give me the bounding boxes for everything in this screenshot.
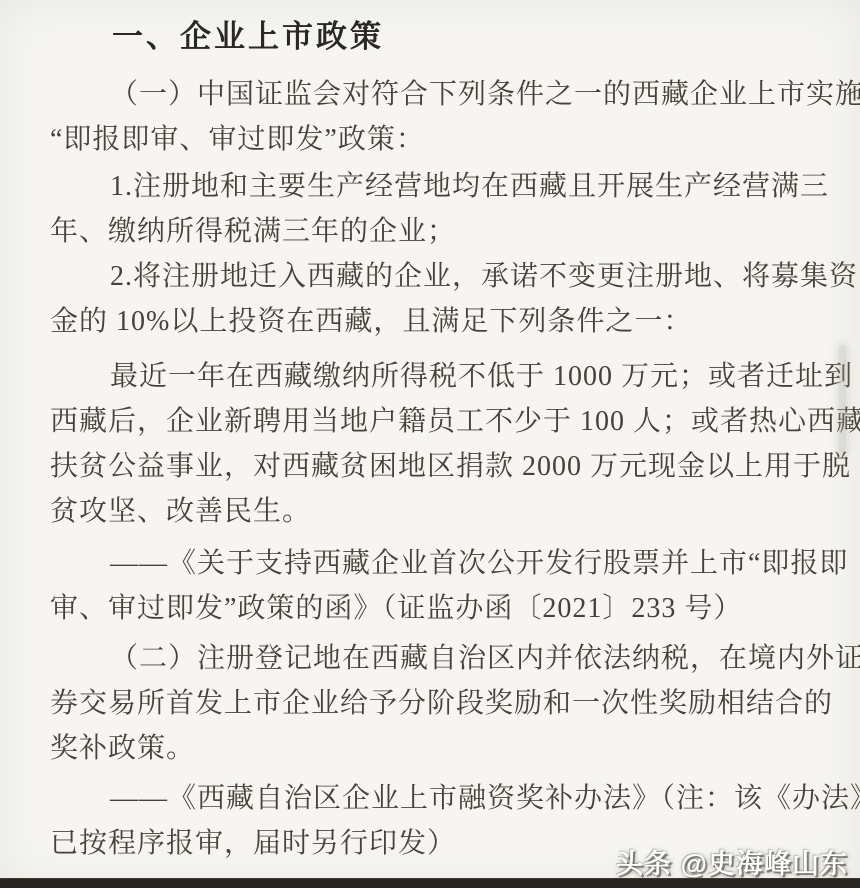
paragraph: ——《关于支持西藏企业首次公开发行股票并上市“即报即 审、审过即发”政策的函》（… [50,541,856,631]
text-line: ——《西藏自治区企业上市融资奖补办法》（注：该《办法》 [50,776,856,821]
text-line: 奖补政策。 [50,726,856,771]
text-line: 1.注册地和主要生产经营地均在西藏且开展生产经营满三 [50,164,856,209]
document-page: 一、企业上市政策 （一）中国证监会对符合下列条件之一的西藏企业上市实施 “即报即… [0,0,860,888]
text-line: 年、缴纳所得税满三年的企业； [50,209,856,254]
text-line: 扶贫公益事业，对西藏贫困地区捐款 2000 万元现金以上用于脱 [50,444,856,489]
text-line: 金的 10%以上投资在西藏，且满足下列条件之一： [50,299,856,344]
text-line: 最近一年在西藏缴纳所得税不低于 1000 万元；或者迁址到 [50,354,856,399]
paragraph: 最近一年在西藏缴纳所得税不低于 1000 万元；或者迁址到 西藏后，企业新聘用当… [50,354,856,534]
text-line: 2.将注册地迁入西藏的企业，承诺不变更注册地、将募集资 [50,254,856,299]
bottom-bar [0,878,860,888]
document-heading: 一、企业上市政策 [50,14,856,60]
watermark-credit: 头条 @史海峰山东 [616,842,848,881]
document-content: 一、企业上市政策 （一）中国证监会对符合下列条件之一的西藏企业上市实施 “即报即… [0,0,860,866]
text-line: 西藏后，企业新聘用当地户籍员工不少于 100 人；或者热心西藏 [50,399,856,444]
paragraph: （一）中国证监会对符合下列条件之一的西藏企业上市实施 “即报即审、审过即发”政策… [50,72,856,162]
text-line: 审、审过即发”政策的函》（证监办函〔2021〕233 号） [50,586,856,631]
text-line: 贫攻坚、改善民生。 [50,489,856,534]
text-line: ——《关于支持西藏企业首次公开发行股票并上市“即报即 [50,541,856,586]
text-line: 券交易所首发上市企业给予分阶段奖励和一次性奖励相结合的 [50,681,856,726]
scan-artifact [839,345,846,455]
paragraph: 1.注册地和主要生产经营地均在西藏且开展生产经营满三 年、缴纳所得税满三年的企业… [50,164,856,254]
text-line: （二）注册登记地在西藏自治区内并依法纳税，在境内外证 [50,636,856,681]
text-line: （一）中国证监会对符合下列条件之一的西藏企业上市实施 [50,72,856,117]
paragraph: （二）注册登记地在西藏自治区内并依法纳税，在境内外证 券交易所首发上市企业给予分… [50,636,856,771]
text-line: “即报即审、审过即发”政策： [50,117,856,162]
paragraph: 2.将注册地迁入西藏的企业，承诺不变更注册地、将募集资 金的 10%以上投资在西… [50,254,856,344]
